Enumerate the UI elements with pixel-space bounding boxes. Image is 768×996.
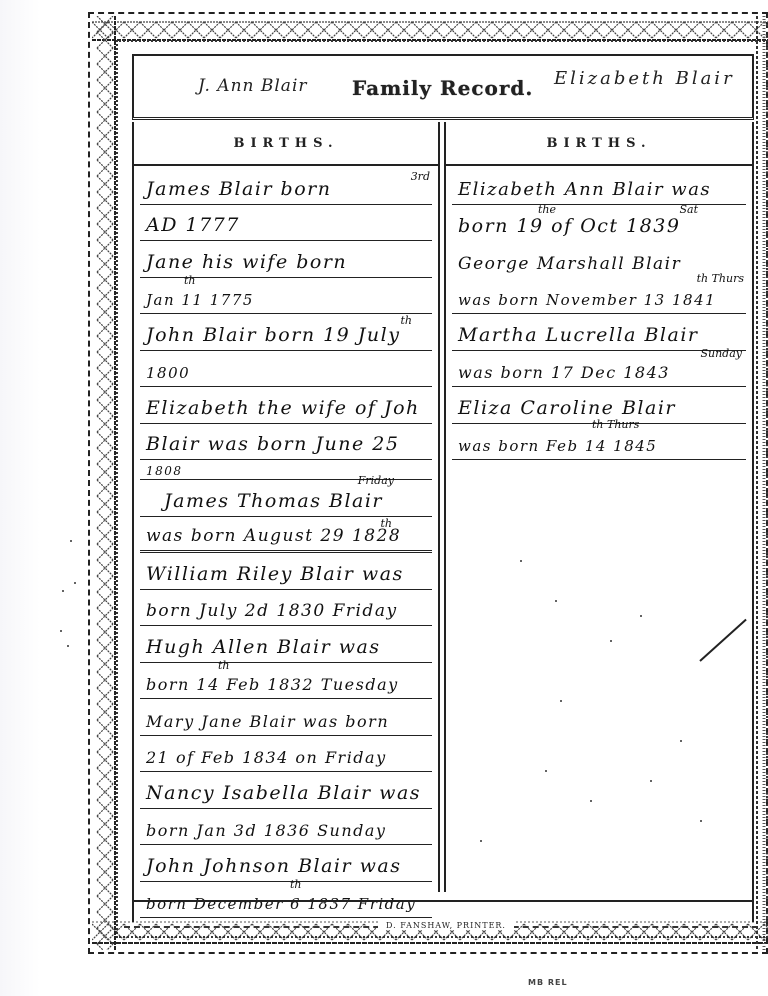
record-line: was born 17 Dec 1843Sunday (452, 351, 746, 388)
handwritten-entry: born July 2d 1830 Friday (146, 601, 398, 621)
record-line: born July 2d 1830 Friday (140, 590, 432, 627)
scan-speck (700, 820, 702, 822)
record-line: Mary Jane Blair was born (140, 699, 432, 736)
scan-speck (650, 780, 652, 782)
handwritten-entry: was born November 13 1841 (458, 291, 716, 309)
record-line: John Blair born 19 Julyth (140, 314, 432, 351)
column-header: BIRTHS. (134, 122, 438, 166)
handwritten-name-left: J. Ann Blair (198, 76, 308, 96)
record-line: was born November 13 1841th Thurs (452, 278, 746, 315)
page-title: Family Record. (352, 76, 533, 100)
record-line: 1800 (140, 351, 432, 388)
title-panel: J. Ann Blair Family Record. Elizabeth Bl… (132, 54, 754, 120)
scan-speck (480, 840, 482, 842)
record-line: James Blair born3rd (140, 168, 432, 205)
handwritten-entry: John Blair born 19 July (146, 324, 400, 346)
handwritten-entry: Blair was born June 25 (146, 433, 399, 455)
record-line: Blair was born June 25 (140, 424, 432, 461)
scan-speck (60, 630, 62, 632)
handwritten-entry: 21 of Feb 1834 on Friday (146, 748, 387, 767)
scan-speck (640, 615, 642, 617)
handwritten-entry: Mary Jane Blair was born (146, 712, 389, 731)
columns-bottom-rule (132, 892, 754, 902)
handwritten-entry: James Blair born (146, 178, 331, 200)
births-column-left: BIRTHS. James Blair born3rd AD 1777 Jane… (132, 122, 438, 922)
superscript-note: Friday (358, 474, 394, 487)
record-line: William Riley Blair was (140, 553, 432, 590)
lattice-band-left (94, 16, 116, 950)
handwritten-entry: Nancy Isabella Blair was (146, 782, 421, 804)
superscript-note: Sunday (700, 347, 742, 360)
handwritten-entry: 1800 (146, 364, 190, 382)
handwritten-entry: born 14 Feb 1832 Tuesday (146, 675, 399, 694)
handwritten-entry: born 19 of Oct 1839 (458, 215, 680, 237)
record-line: John Johnson Blair was (140, 845, 432, 882)
record-line: was born Feb 14 1845th Thurs (452, 424, 746, 461)
record-line: Elizabeth Ann Blair was (452, 168, 746, 205)
scan-speck (67, 645, 69, 647)
scan-speck (555, 600, 557, 602)
handwritten-name-right: Elizabeth Blair (554, 68, 735, 89)
superscript-note: th (218, 659, 230, 672)
scan-speck (590, 800, 592, 802)
handwritten-entry: was born August 29 1828 (146, 526, 401, 546)
handwritten-entry: Martha Lucrella Blair (458, 324, 698, 346)
handwritten-entry: George Marshall Blair (458, 254, 681, 274)
ruled-lines-left: James Blair born3rd AD 1777 Jane his wif… (140, 168, 432, 918)
record-line: born Jan 3d 1836 Sunday (140, 809, 432, 846)
record-line: 21 of Feb 1834 on Friday (140, 736, 432, 773)
column-header: BIRTHS. (446, 122, 752, 166)
handwritten-entry: Jane his wife born (146, 251, 347, 273)
record-line: Nancy Isabella Blair was (140, 772, 432, 809)
scan-speck (62, 590, 64, 592)
record-line: Jane his wife born (140, 241, 432, 278)
scan-speck (70, 540, 72, 542)
record-line: Hugh Allen Blair was (140, 626, 432, 663)
handwritten-entry: was born 17 Dec 1843 (458, 363, 670, 382)
record-line: Elizabeth the wife of Joh (140, 387, 432, 424)
superscript-note: th (400, 314, 412, 327)
scan-speck (74, 582, 76, 584)
record-line: born 14 Feb 1832 Tuesdayth (140, 663, 432, 700)
handwritten-entry: AD 1777 (146, 214, 240, 236)
handwritten-entry: Elizabeth the wife of Joh (146, 397, 420, 419)
superscript-note: 3rd (411, 170, 430, 183)
superscript-note: the Sat (538, 203, 698, 216)
printer-credit: D. FANSHAW, PRINTER. (378, 921, 514, 930)
scan-speck (610, 640, 612, 642)
handwritten-entry: Eliza Caroline Blair (458, 397, 676, 419)
superscript-note: th (380, 517, 392, 530)
superscript-note: th (290, 878, 302, 891)
superscript-note: th Thurs (592, 418, 639, 431)
handwritten-entry: Jan 11 1775 (146, 291, 254, 309)
archive-stamp: MB REL (528, 978, 568, 987)
ruled-lines-right: Elizabeth Ann Blair was born 19 of Oct 1… (452, 168, 746, 460)
handwritten-entry: James Thomas Blair (164, 490, 383, 512)
scan-speck (560, 700, 562, 702)
record-line: James Thomas BlairFriday (140, 480, 432, 517)
births-column-right: BIRTHS. Elizabeth Ann Blair was born 19 … (446, 122, 754, 922)
scan-speck (545, 770, 547, 772)
handwritten-entry: Elizabeth Ann Blair was (458, 179, 711, 200)
scan-speck (680, 740, 682, 742)
handwritten-entry: was born Feb 14 1845 (458, 437, 657, 455)
superscript-note: th (184, 274, 196, 287)
record-line: AD 1777 (140, 205, 432, 242)
handwritten-entry: Hugh Allen Blair was (146, 636, 381, 658)
record-line: Jan 11 1775th (140, 278, 432, 315)
record-line: was born August 29 1828th (140, 517, 432, 554)
superscript-note: th Thurs (697, 272, 744, 285)
column-divider (438, 122, 446, 892)
handwritten-entry: William Riley Blair was (146, 563, 404, 585)
lattice-band-top (92, 18, 768, 42)
record-line: Martha Lucrella Blair (452, 314, 746, 351)
record-line: born 19 of Oct 1839the Sat (452, 205, 746, 242)
scan-speck (520, 560, 522, 562)
handwritten-entry: born Jan 3d 1836 Sunday (146, 821, 386, 840)
handwritten-entry: 1808 (146, 464, 183, 478)
handwritten-entry: John Johnson Blair was (146, 855, 401, 877)
